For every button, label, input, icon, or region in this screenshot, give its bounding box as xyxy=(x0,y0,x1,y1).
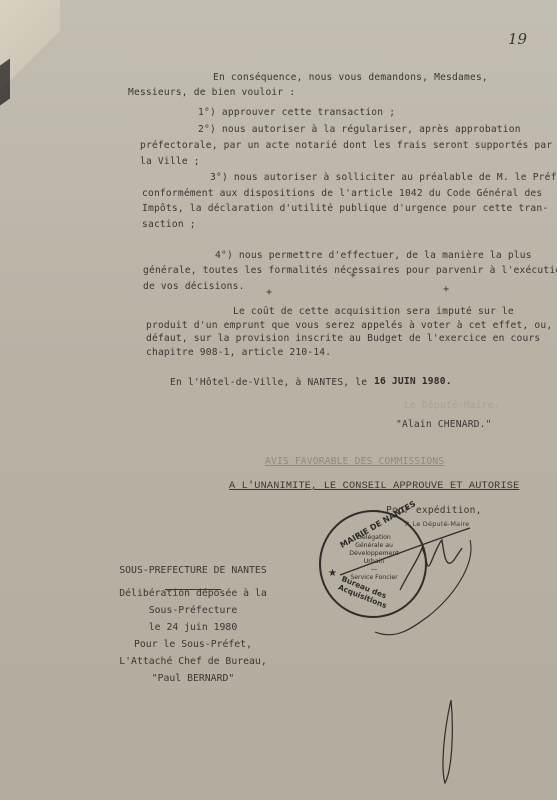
sub-prefecture-line: Sous-Préfecture xyxy=(98,602,288,619)
sub-prefecture-signatory: "Paul BERNARD" xyxy=(98,670,288,687)
sub-prefecture-date: le 24 juin 1980 xyxy=(98,619,288,636)
sub-prefecture-line: L'Attaché Chef de Bureau, xyxy=(98,653,288,670)
sub-prefecture-block: SOUS-PREFECTURE DE NANTES Délibération d… xyxy=(98,562,288,687)
sub-prefecture-title: SOUS-PREFECTURE DE NANTES xyxy=(98,562,288,579)
sub-prefecture-line: Pour le Sous-Préfet, xyxy=(98,636,288,653)
sub-prefecture-line: Délibération déposée à la xyxy=(98,585,288,602)
document-page: 19 En conséquence, nous vous demandons, … xyxy=(0,0,557,800)
